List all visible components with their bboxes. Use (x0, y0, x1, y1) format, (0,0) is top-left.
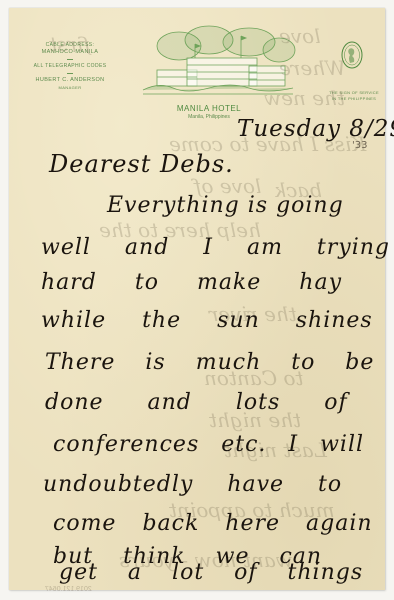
letter-line: undoubtedly have to (43, 472, 342, 497)
letter-page: CABLE ADDRESS: MANHOCO-MANILA ALL TELEGR… (9, 8, 385, 590)
letter-line: while the sun shines (41, 308, 373, 333)
bleed-through-text: love (279, 24, 321, 48)
letter-line: conferences etc. I will (53, 432, 364, 457)
divider (67, 59, 73, 60)
hotel-name: MANILA HOTEL (159, 104, 259, 113)
letter-year-note: '33 (352, 140, 367, 151)
letter-date: Tuesday 8/29 (237, 116, 394, 142)
letter-line: hard to make hay (41, 270, 342, 295)
divider (67, 73, 73, 74)
manager-name: HUBERT C. ANDERSON (31, 77, 109, 84)
letter-line: well and I am trying (41, 235, 390, 260)
letter-line: Everything is going (107, 193, 344, 218)
telegraphic-codes: ALL TELEGRAPHIC CODES (31, 63, 109, 70)
bleed-through-text: the new (264, 86, 345, 110)
bleed-through-text: first (49, 32, 90, 56)
manager-title: MANAGER (31, 84, 109, 91)
bleed-through-text: Where (279, 56, 346, 80)
letter-line: There is much to be (45, 350, 374, 375)
archival-stamp: 2019.121.0647 (45, 586, 92, 593)
letter-line: get a lot of things (59, 560, 363, 585)
letter-salutation: Dearest Debs. (49, 150, 234, 178)
letter-line: done and lots of (45, 390, 348, 415)
letter-line: come back here again (53, 511, 373, 536)
